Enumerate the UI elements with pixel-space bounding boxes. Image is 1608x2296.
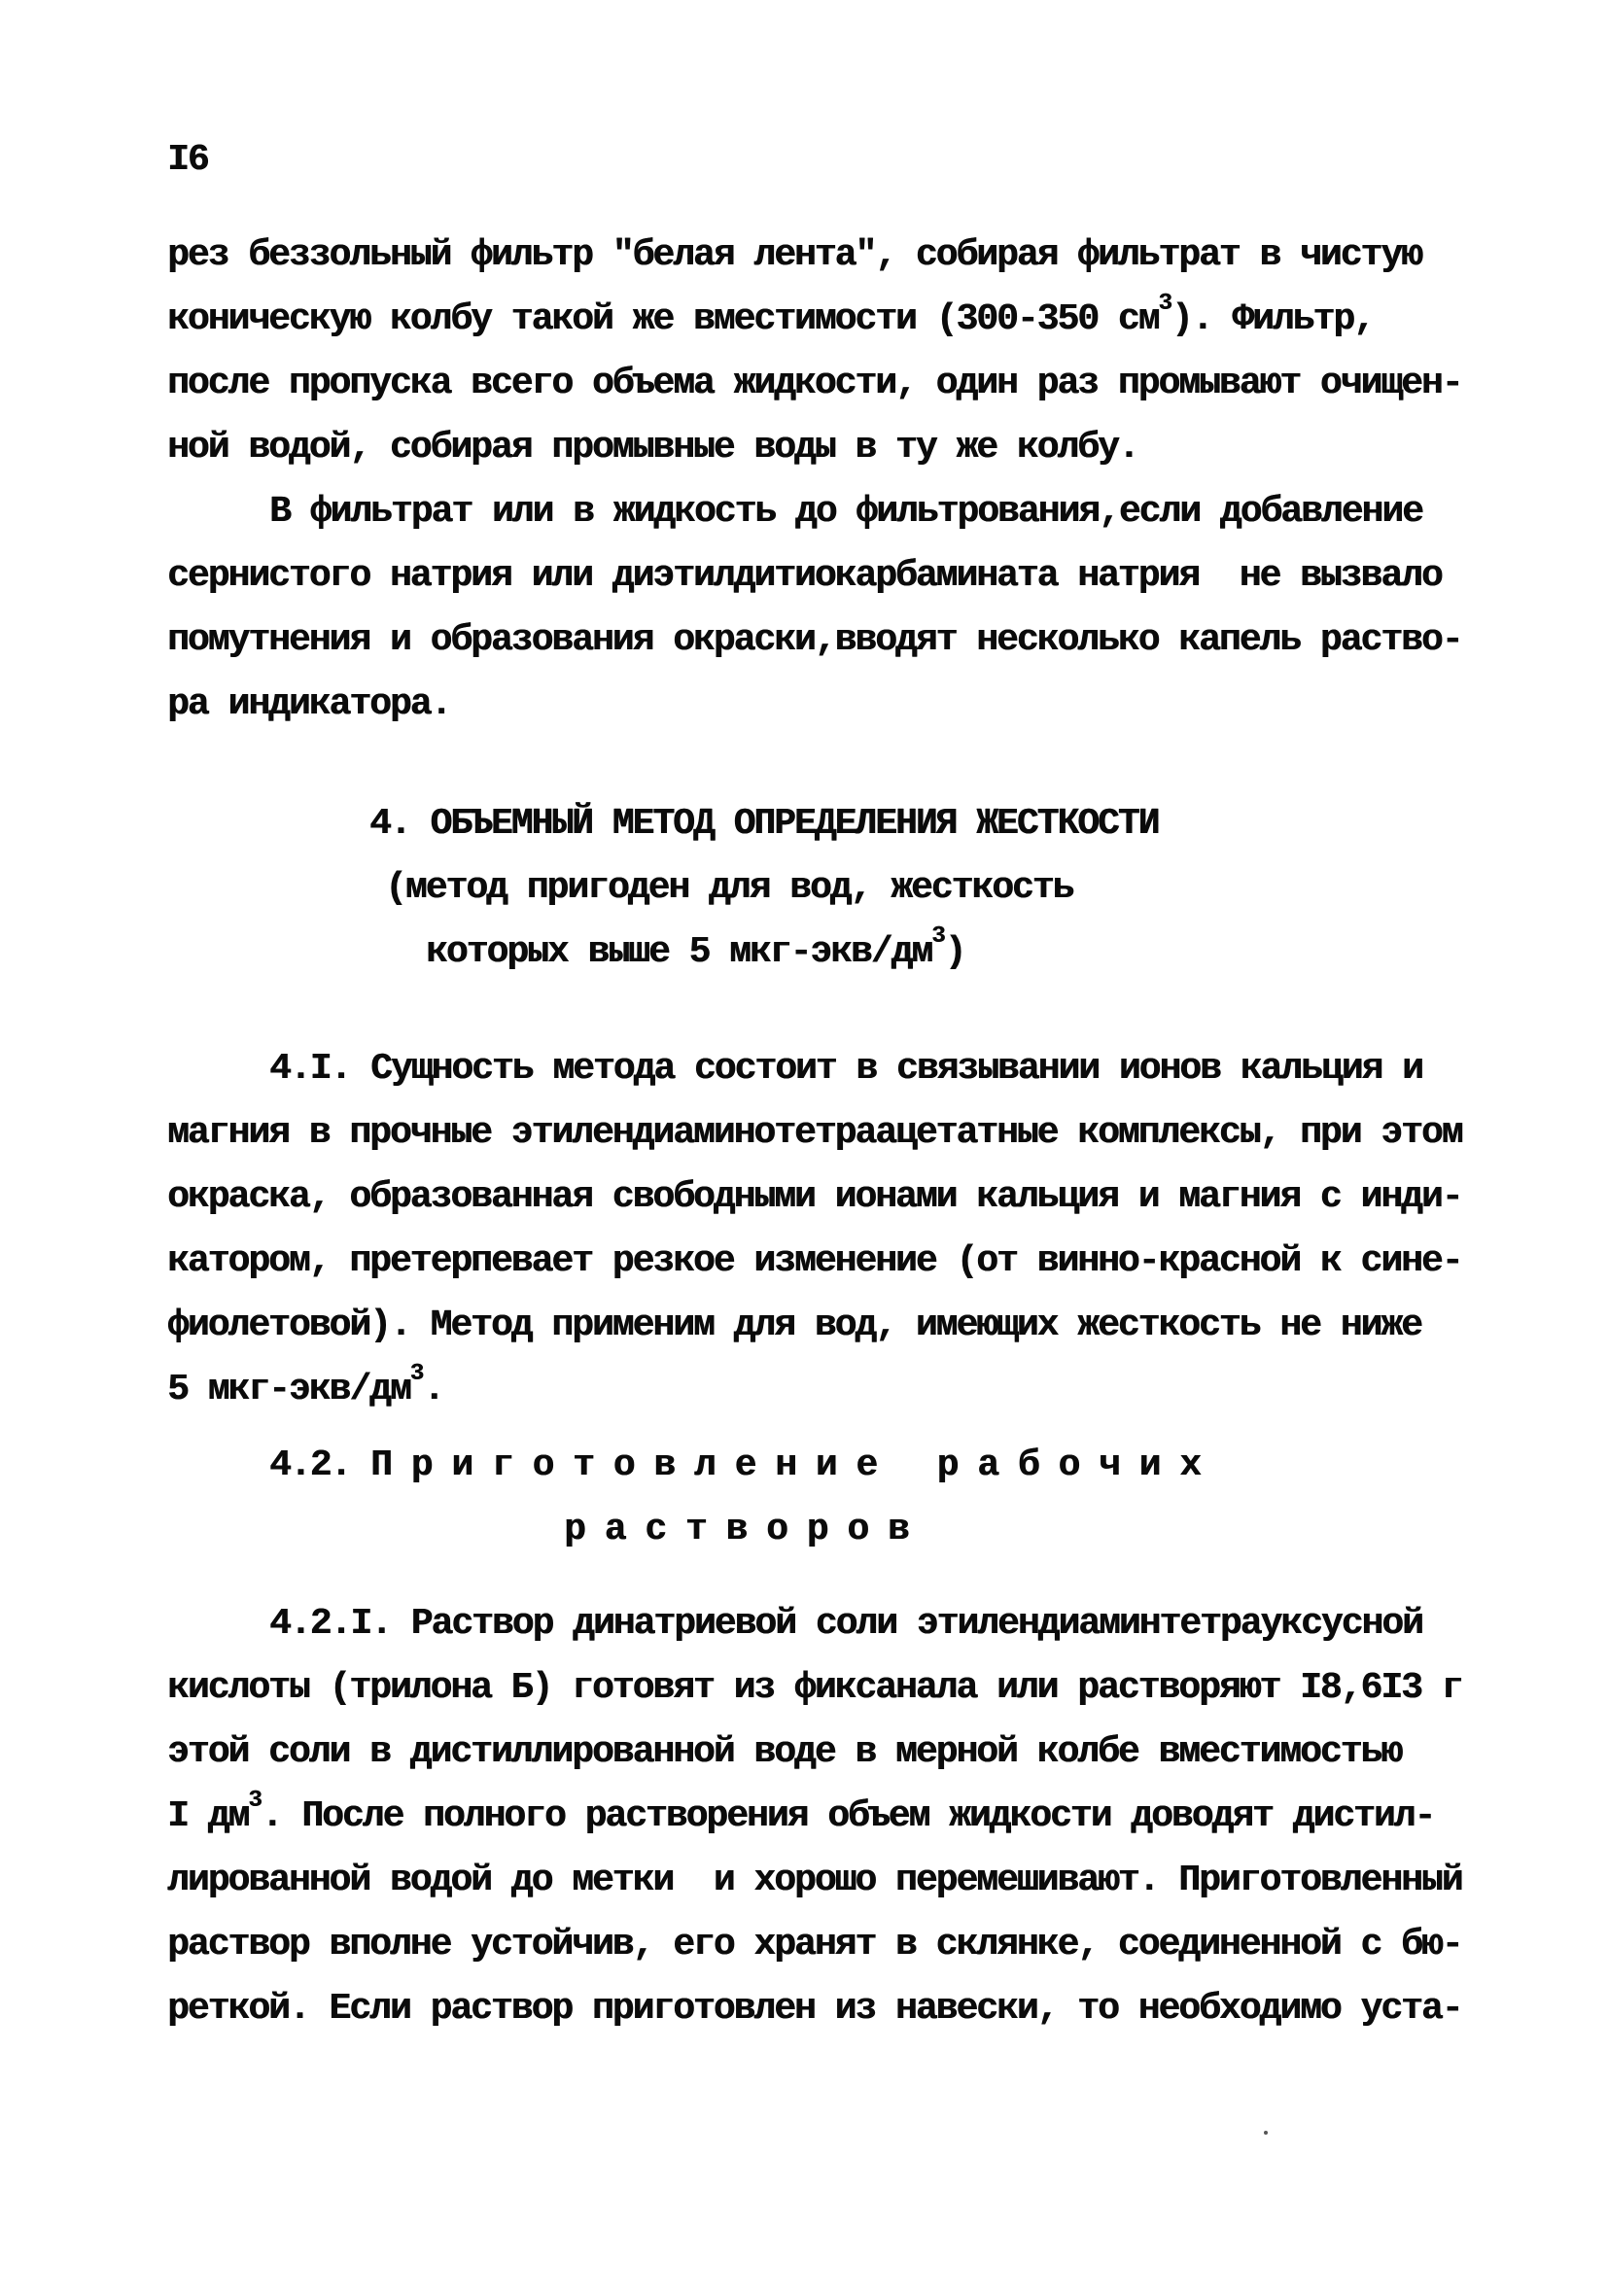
superscript: 3 [1158, 291, 1171, 317]
text-line: помутнения и образования окраски,вводят … [167, 609, 1461, 673]
text-line: катором, претерпевает резкое изменение (… [167, 1230, 1461, 1294]
section-4-2-heading: 4.2. П р и г о т о в л е н и е р а б о ч… [167, 1434, 1200, 1562]
text-line: раствор вполне устойчив, его хранят в ск… [167, 1913, 1461, 1977]
heading-line: р а с т в о р о в [167, 1498, 1200, 1562]
text-line: реткой. Если раствор приготовлен из наве… [167, 1977, 1461, 2041]
text-line: лированной водой до метки и хорошо перем… [167, 1849, 1461, 1913]
section-4-1-paragraph: 4.I. Сущность метода состоит в связывани… [167, 1037, 1461, 1422]
text-line: коническую колбу такой же вместимости (3… [167, 288, 1461, 352]
heading-line: (метод пригоден для вод, жесткость [167, 856, 1158, 921]
text-line: этой соли в дистиллированной воде в мерн… [167, 1721, 1461, 1785]
text-line: фиолетовой). Метод применим для вод, име… [167, 1294, 1461, 1358]
text-line: после пропуска всего объема жидкости, од… [167, 352, 1461, 416]
superscript: 3 [410, 1361, 423, 1387]
text-line: 4.I. Сущность метода состоит в связывани… [167, 1037, 1461, 1101]
heading-line: которых выше 5 мкг-экв/дм3) [167, 921, 1158, 985]
text-line: ра индикатора. [167, 673, 1461, 737]
text-line: I дм3. После полного растворения объем ж… [167, 1785, 1461, 1849]
superscript: 3 [931, 923, 944, 950]
text-line: магния в прочные этилендиаминотетраацета… [167, 1101, 1461, 1165]
heading-line: 4. ОБЪЕМНЫЙ МЕТОД ОПРЕДЕЛЕНИЯ ЖЕСТКОСТИ [167, 792, 1158, 856]
page-number: I6 [167, 139, 208, 181]
text-line: окраска, образованная свободными ионами … [167, 1165, 1461, 1230]
section-4-2-1-paragraph: 4.2.I. Раствор динатриевой соли этиленди… [167, 1592, 1461, 2041]
scan-speck [1264, 2131, 1268, 2135]
text-line: рез беззольный фильтр "белая лента", соб… [167, 224, 1461, 288]
heading-line: 4.2. П р и г о т о в л е н и е р а б о ч… [167, 1434, 1200, 1498]
text-line: ной водой, собирая промывные воды в ту ж… [167, 416, 1461, 480]
section-4-heading: 4. ОБЪЕМНЫЙ МЕТОД ОПРЕДЕЛЕНИЯ ЖЕСТКОСТИ … [167, 792, 1158, 985]
scanned-document-page: I6 рез беззольный фильтр "белая лента", … [0, 0, 1608, 2296]
text-line: сернистого натрия или диэтилдитиокарбами… [167, 544, 1461, 609]
paragraph-filtration: рез беззольный фильтр "белая лента", соб… [167, 224, 1461, 737]
text-line: кислоты (трилона Б) готовят из фиксанала… [167, 1656, 1461, 1721]
text-line: 5 мкг-экв/дм3. [167, 1358, 1461, 1422]
superscript: 3 [248, 1788, 261, 1814]
text-line: В фильтрат или в жидкость до фильтровани… [167, 480, 1461, 544]
text-line: 4.2.I. Раствор динатриевой соли этиленди… [167, 1592, 1461, 1656]
